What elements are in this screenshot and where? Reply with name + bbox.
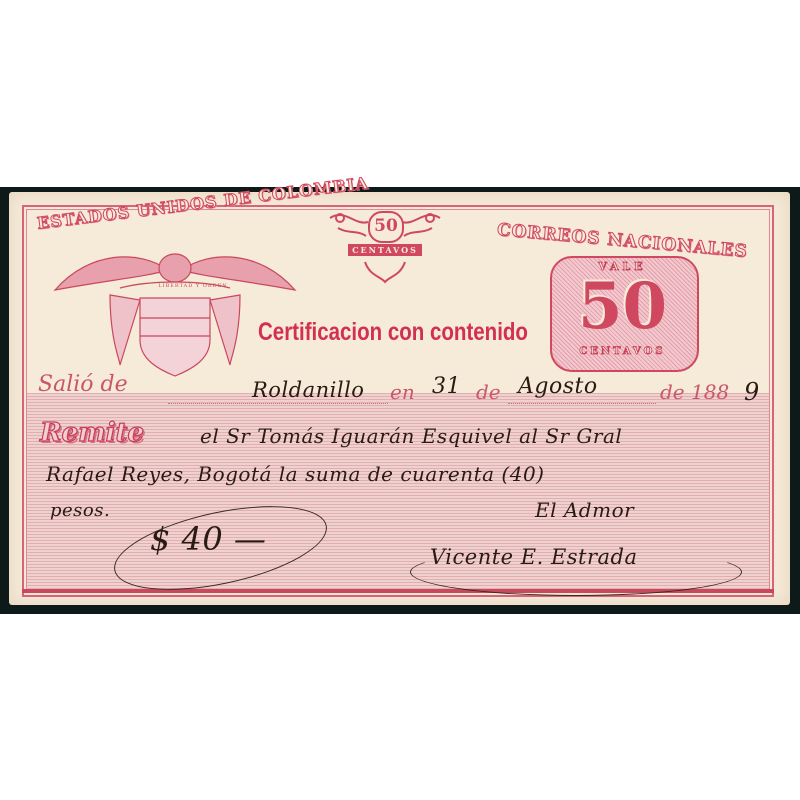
handwritten-day: 31 — [432, 374, 461, 399]
small-stamp-value: 50 — [368, 211, 404, 243]
handwritten-line-2: Rafael Reyes, Bogotá la suma de cuarenta… — [46, 462, 545, 486]
handwritten-month: Agosto — [518, 374, 598, 399]
handwritten-line-1: el Sr Tomás Iguarán Esquivel al Sr Gral — [200, 424, 622, 448]
label-sender: Remite — [40, 418, 144, 448]
label-of: de — [476, 380, 501, 404]
small-stamp-unit: CENTAVOS — [348, 244, 422, 256]
crest-motto: LIBERTAD Y ORDEN — [138, 283, 248, 289]
eagle-crest-icon — [50, 240, 300, 380]
coat-of-arms: LIBERTAD Y ORDEN — [50, 240, 300, 380]
handwritten-origin: Roldanillo — [252, 378, 364, 402]
large-value-stamp: VALE 50 CENTAVOS — [540, 250, 705, 375]
handwritten-admin: El Admor — [535, 498, 634, 522]
small-value-stamp: 50 CENTAVOS — [320, 206, 450, 284]
certificate-title: Certificacion con contenido — [258, 318, 528, 347]
label-departed-from: Salió de — [38, 372, 128, 397]
signature-flourish — [410, 548, 742, 596]
label-year: de 188 — [660, 380, 729, 404]
handwritten-line-3: pesos. — [50, 500, 110, 521]
handwritten-amount: $ 40 — — [150, 520, 266, 558]
month-dotted-line — [508, 403, 656, 404]
label-on: en — [390, 380, 415, 404]
stamp-value: 50 — [540, 272, 705, 342]
stamp-bottom-label: CENTAVOS — [540, 346, 705, 357]
origin-dotted-line — [168, 403, 388, 404]
handwritten-year-digit: 9 — [744, 378, 760, 406]
